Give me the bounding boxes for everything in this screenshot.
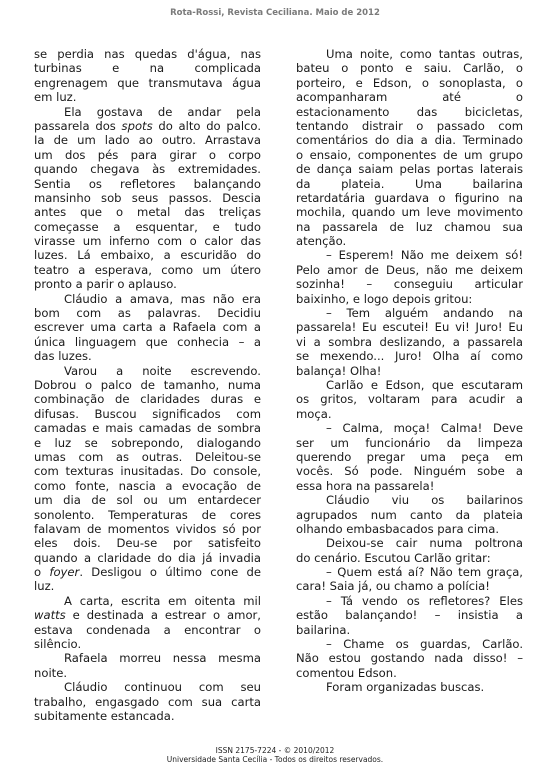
- paragraph: Uma noite, como tantas outras,bateu o po…: [296, 47, 523, 248]
- text-line: passarela dos spots do alto do palco.: [34, 119, 261, 133]
- text-line: bom com as palavras. Decidiu: [34, 306, 261, 320]
- text-line: da plateia. Uma bailarina: [296, 177, 523, 191]
- text-line: eles dois. Deu-se por satisfeito: [34, 536, 261, 550]
- text-line: – Chame os guardas, Carlão.: [296, 637, 523, 651]
- right-column: Uma noite, como tantas outras,bateu o po…: [296, 47, 523, 695]
- text-line: – Tá vendo os refletores? Eles: [296, 594, 523, 608]
- text-line: – Quem está aí? Não tem graça,: [296, 565, 523, 579]
- text-line: combinação de claridades duras e: [34, 392, 261, 406]
- text-line: mansinho sob seus passos. Descia: [34, 191, 261, 205]
- text-line: – Calma, moça! Calma! Deve: [296, 421, 523, 435]
- text-line: de dança saiam pelas portas laterais: [296, 162, 523, 176]
- paragraph: Cláudio viu os bailarinosagrupados num c…: [296, 493, 523, 536]
- text-line: cara! Saia já, ou chamo a polícia!: [296, 579, 523, 593]
- text-line: tentando distrair o passado com: [296, 119, 523, 133]
- text-line: das luzes.: [34, 349, 261, 363]
- text-line: e luz se sobrepondo, dialogando: [34, 436, 261, 450]
- text-line: estacionamento das bicicletas,: [296, 105, 523, 119]
- text-line: olhando embasbacados para cima.: [296, 522, 523, 536]
- text-line: sozinha! – conseguiu articular: [296, 277, 523, 291]
- paragraph: Ela gostava de andar pelapassarela dos s…: [34, 105, 261, 292]
- text-line: quando chegava às extremidades.: [34, 162, 261, 176]
- text-line: se perdia nas quedas d'água, nas: [34, 47, 261, 61]
- paragraph: – Chame os guardas, Carlão.Não estou gos…: [296, 637, 523, 680]
- paragraph: Foram organizadas buscas.: [296, 680, 523, 694]
- text-line: vocês. Só pode. Ninguém sobe a: [296, 464, 523, 478]
- text-line: noite.: [34, 666, 261, 680]
- text-line: os gritos, voltaram para acudir a: [296, 392, 523, 406]
- left-column: se perdia nas quedas d'água, nasturbinas…: [34, 47, 261, 723]
- paragraph: – Quem está aí? Não tem graça,cara! Saia…: [296, 565, 523, 594]
- text-line: turbinas e na complicada: [34, 61, 261, 75]
- text-line: passarela! Eu escutei! Eu vi! Juro! Eu: [296, 320, 523, 334]
- text-line: falavam de momentos vividos só por: [34, 522, 261, 536]
- text-line: agrupados num canto da plateia: [296, 508, 523, 522]
- text-line: Sentia os refletores balançando: [34, 177, 261, 191]
- text-line: em luz.: [34, 90, 261, 104]
- text-line: difusas. Buscou significados com: [34, 407, 261, 421]
- text-line: moça.: [296, 407, 523, 421]
- text-line: baixinho, e logo depois gritou:: [296, 292, 523, 306]
- text-line: com texturas inusitadas. Do console,: [34, 464, 261, 478]
- text-line: Pelo amor de Deus, não me deixem: [296, 263, 523, 277]
- text-line: retardatária guardava o figurino na: [296, 191, 523, 205]
- text-line: Cláudio viu os bailarinos: [296, 493, 523, 507]
- text-line: Uma noite, como tantas outras,: [296, 47, 523, 61]
- text-line: um dos pés para girar o corpo: [34, 148, 261, 162]
- text-line: Ia de um lado ao outro. Arrastava: [34, 133, 261, 147]
- text-line: Varou a noite escrevendo.: [34, 364, 261, 378]
- text-line: A carta, escrita em oitenta mil: [34, 594, 261, 608]
- text-line: Foram organizadas buscas.: [296, 680, 523, 694]
- text-line: comentou Edson.: [296, 666, 523, 680]
- text-line: o foyer. Desligou o último cone de: [34, 565, 261, 579]
- text-line: Não estou gostando nada disso! –: [296, 651, 523, 665]
- text-line: Cláudio a amava, mas não era: [34, 292, 261, 306]
- paragraph: se perdia nas quedas d'água, nasturbinas…: [34, 47, 261, 105]
- text-line: bateu o ponto e saiu. Carlão, o: [296, 61, 523, 75]
- text-line: engrenagem que transmutava água: [34, 76, 261, 90]
- text-line: como fonte, nascia a evocação de: [34, 479, 261, 493]
- text-line: Rafaela morreu nessa mesma: [34, 651, 261, 665]
- text-line: escrever uma carta a Rafaela com a: [34, 320, 261, 334]
- paragraph: Cláudio a amava, mas não erabom com as p…: [34, 292, 261, 364]
- text-line: na passarela de luz chamou sua: [296, 220, 523, 234]
- text-line: – Tem alguém andando na: [296, 306, 523, 320]
- text-line: umas com as outras. Deleitou-se: [34, 450, 261, 464]
- paragraph: – Calma, moça! Calma! Deveser um funcion…: [296, 421, 523, 493]
- text-line: única linguagem que conhecia – a: [34, 335, 261, 349]
- text-line: trabalho, engasgado com sua carta: [34, 695, 261, 709]
- paragraph: – Tem alguém andando napassarela! Eu esc…: [296, 306, 523, 378]
- paragraph: Rafaela morreu nessa mesmanoite.: [34, 651, 261, 680]
- paragraph: A carta, escrita em oitenta milwatts e d…: [34, 594, 261, 652]
- text-line: acompanharam até o: [296, 90, 523, 104]
- text-line: estão balançando! – insistia a: [296, 608, 523, 622]
- running-header: Rota-Rossi, Revista Ceciliana. Maio de 2…: [0, 8, 550, 18]
- text-line: bailarina.: [296, 623, 523, 637]
- text-line: subitamente estancada.: [34, 709, 261, 723]
- paragraph: Varou a noite escrevendo.Dobrou o palco …: [34, 364, 261, 594]
- rights-line: Universidade Santa Cecília - Todos os di…: [0, 755, 550, 764]
- text-line: essa hora na passarela!: [296, 479, 523, 493]
- text-line: balança! Olha!: [296, 364, 523, 378]
- text-line: querendo pregar uma peça em: [296, 450, 523, 464]
- text-line: um dia de sol ou um entardecer: [34, 493, 261, 507]
- text-line: silêncio.: [34, 637, 261, 651]
- text-line: porteiro, e Edson, o sonoplasta, o: [296, 76, 523, 90]
- text-line: começasse a esquentar, e tudo: [34, 220, 261, 234]
- text-line: watts e destinada a estrear o amor,: [34, 608, 261, 622]
- text-line: Ela gostava de andar pela: [34, 105, 261, 119]
- text-line: camadas e mais camadas de sombra: [34, 421, 261, 435]
- issn-line: ISSN 2175-7224 - © 2010/2012: [0, 746, 550, 755]
- text-line: Cláudio continuou com seu: [34, 680, 261, 694]
- text-line: mochila, quando um leve movimento: [296, 205, 523, 219]
- text-line: luzes. Lá embaixo, a escuridão do: [34, 248, 261, 262]
- text-line: – Esperem! Não me deixem só!: [296, 248, 523, 262]
- text-line: do cenário. Escutou Carlão gritar:: [296, 551, 523, 565]
- text-line: o ensaio, componentes de um grupo: [296, 148, 523, 162]
- text-line: vi a sombra deslizando, a passarela: [296, 335, 523, 349]
- page-footer: ISSN 2175-7224 - © 2010/2012 Universidad…: [0, 746, 550, 764]
- text-line: Deixou-se cair numa poltrona: [296, 536, 523, 550]
- paragraph: – Tá vendo os refletores? Elesestão bala…: [296, 594, 523, 637]
- text-line: atenção.: [296, 234, 523, 248]
- text-line: antes que o metal das treliças: [34, 205, 261, 219]
- text-line: quando a claridade do dia já invadia: [34, 551, 261, 565]
- text-line: virasse um inferno com o calor das: [34, 234, 261, 248]
- text-line: estava condenada a encontrar o: [34, 623, 261, 637]
- text-line: teatro a esperava, como um útero: [34, 263, 261, 277]
- text-line: se mexendo... Juro! Olha aí como: [296, 349, 523, 363]
- text-line: comentários do dia a dia. Terminado: [296, 133, 523, 147]
- paragraph: Carlão e Edson, que escutaramos gritos, …: [296, 378, 523, 421]
- text-line: Carlão e Edson, que escutaram: [296, 378, 523, 392]
- text-line: luz.: [34, 579, 261, 593]
- text-line: Dobrou o palco de tamanho, numa: [34, 378, 261, 392]
- text-line: pronto a parir o aplauso.: [34, 277, 261, 291]
- paragraph: Deixou-se cair numa poltronado cenário. …: [296, 536, 523, 565]
- paragraph: Cláudio continuou com seutrabalho, engas…: [34, 680, 261, 723]
- text-line: ser um funcionário da limpeza: [296, 436, 523, 450]
- text-line: sonolento. Temperaturas de cores: [34, 508, 261, 522]
- paragraph: – Esperem! Não me deixem só!Pelo amor de…: [296, 248, 523, 306]
